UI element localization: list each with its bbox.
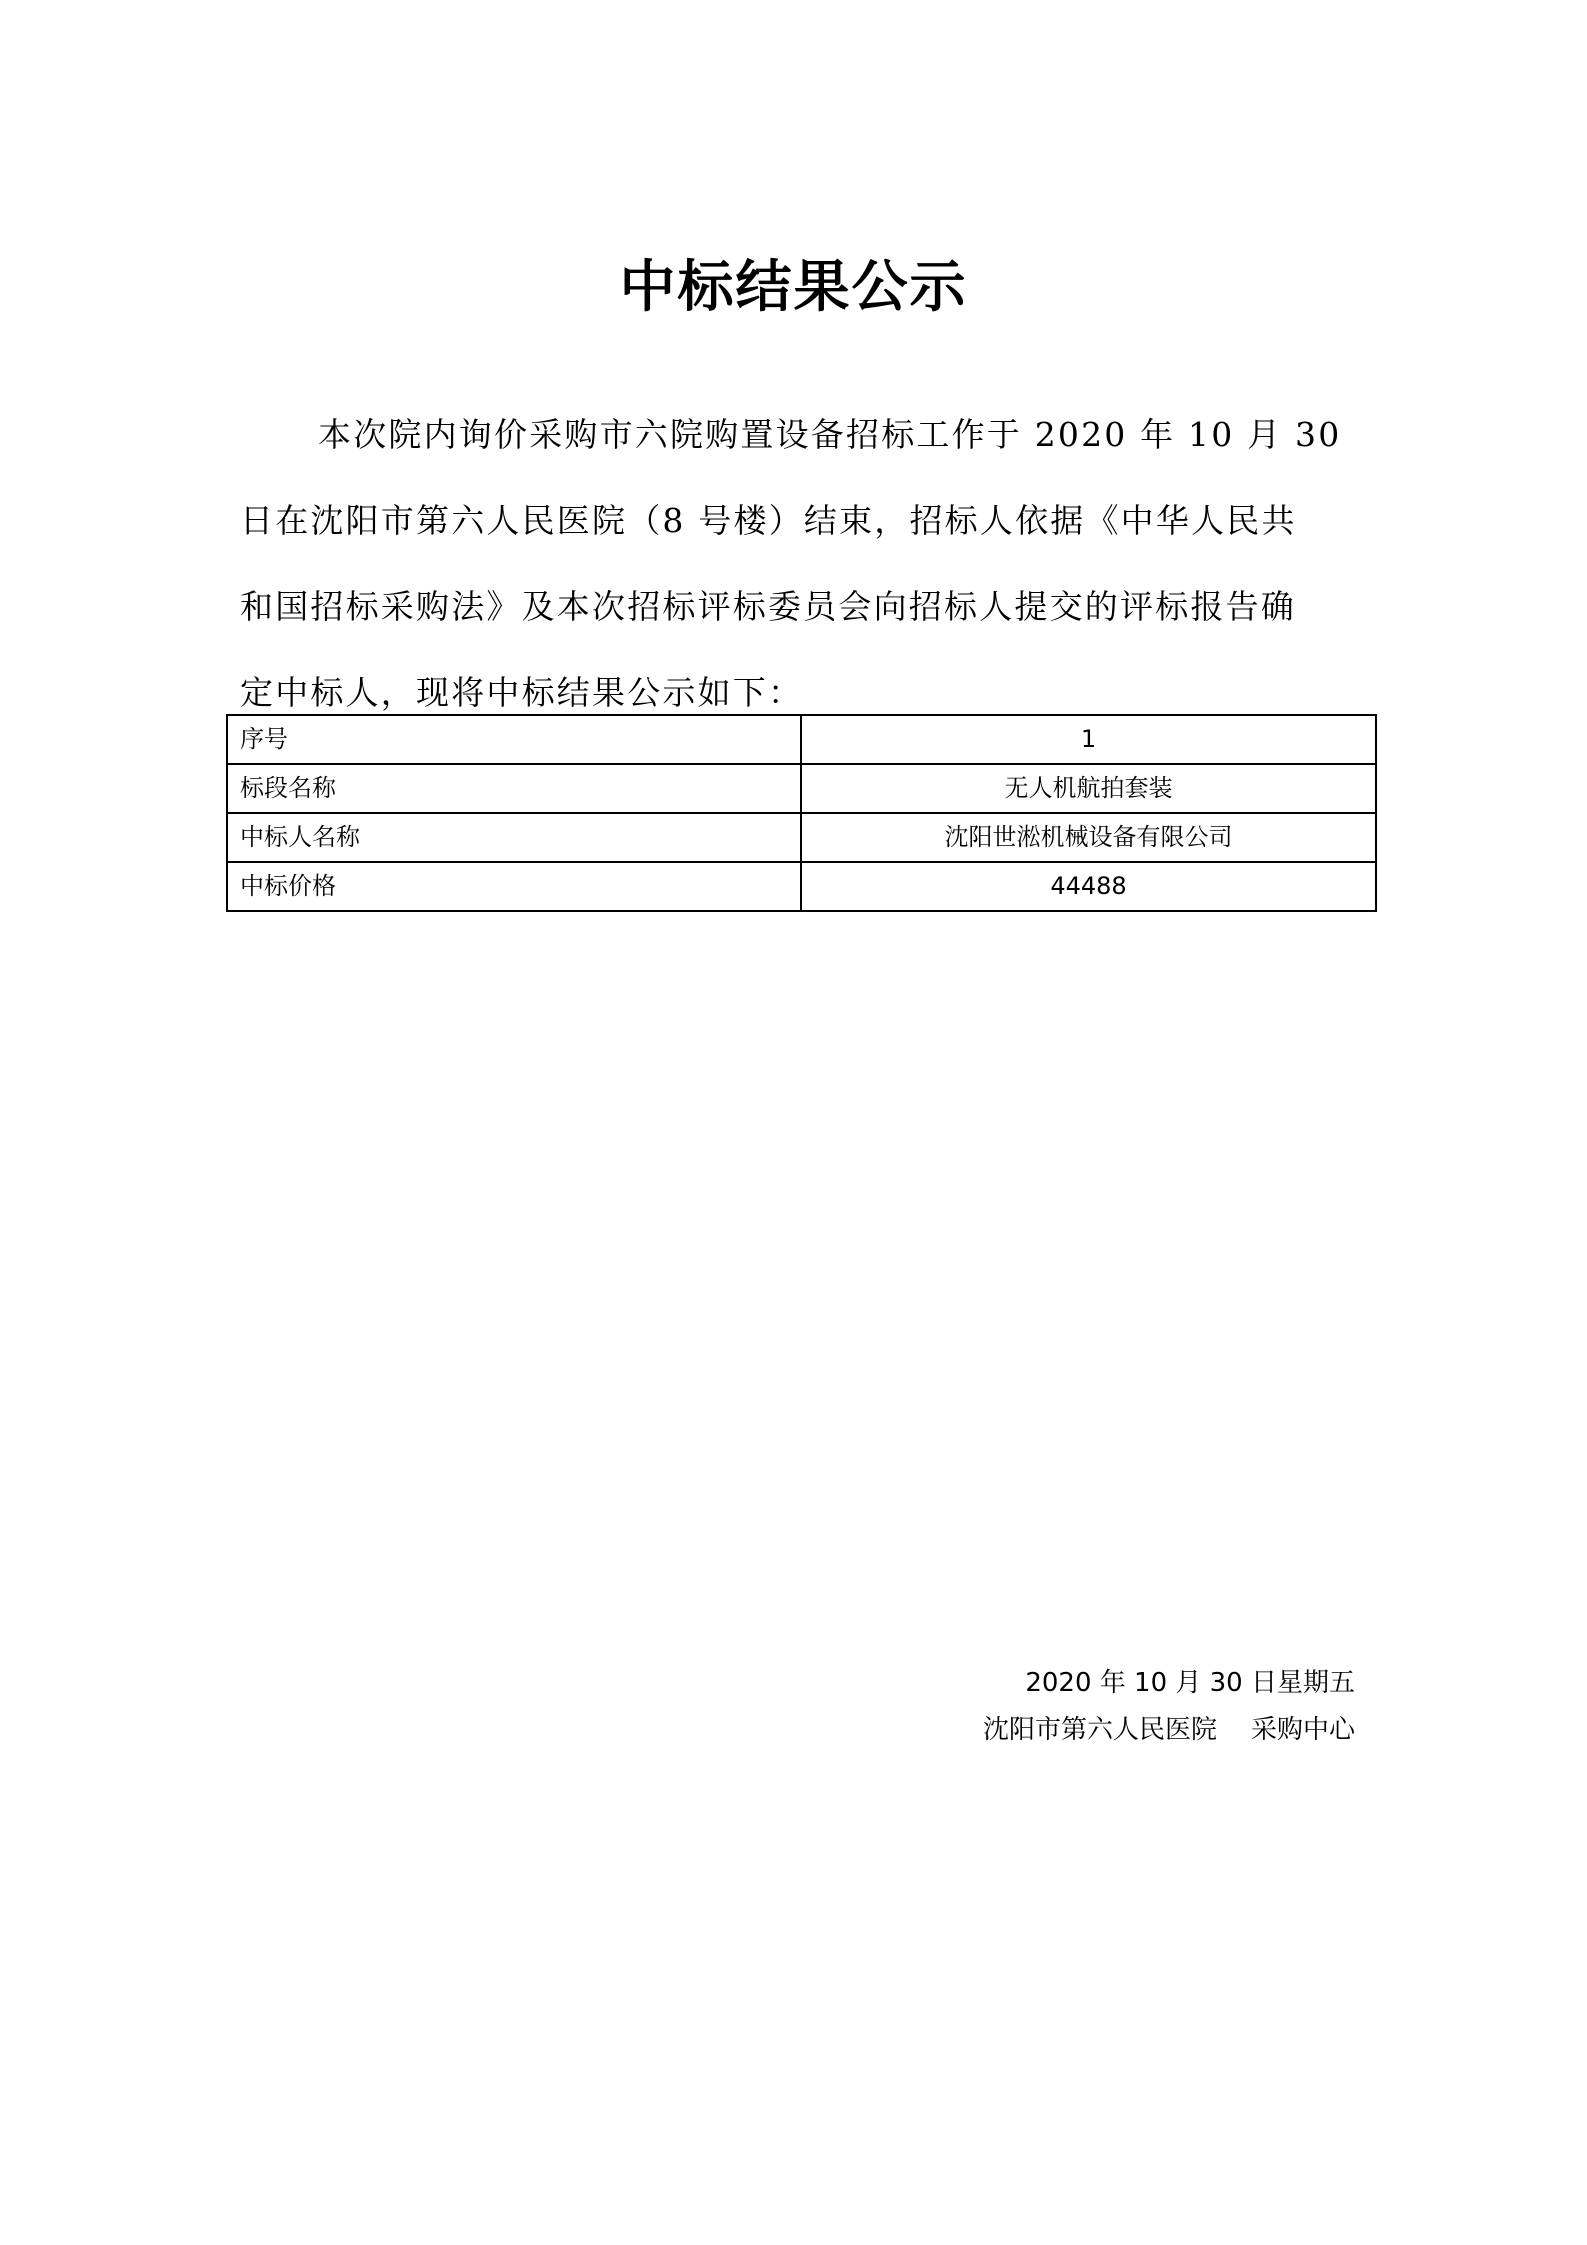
row-value-lot-name: 无人机航拍套装 bbox=[801, 764, 1376, 813]
row-value-serial-number: 1 bbox=[801, 715, 1376, 764]
table-row: 序号 1 bbox=[227, 715, 1376, 764]
signature-organization-line: 沈阳市第六人民医院采购中心 bbox=[983, 1707, 1355, 1754]
table-row: 中标价格 44488 bbox=[227, 862, 1376, 911]
row-label-lot-name: 标段名称 bbox=[227, 764, 801, 813]
row-label-serial-number: 序号 bbox=[227, 715, 801, 764]
signature-date: 2020 年 10 月 30 日星期五 bbox=[983, 1660, 1355, 1707]
bid-result-table: 序号 1 标段名称 无人机航拍套装 中标人名称 沈阳世淞机械设备有限公司 中标价… bbox=[226, 714, 1377, 912]
paragraph-line: 日在沈阳市第六人民医院（8 号楼）结束，招标人依据《中华人民共 bbox=[240, 478, 1356, 564]
row-label-winning-price: 中标价格 bbox=[227, 862, 801, 911]
row-value-winning-bidder: 沈阳世淞机械设备有限公司 bbox=[801, 813, 1376, 862]
row-value-winning-price: 44488 bbox=[801, 862, 1376, 911]
page-title: 中标结果公示 bbox=[0, 250, 1587, 326]
signature-organization: 沈阳市第六人民医院 bbox=[983, 1715, 1217, 1745]
row-label-winning-bidder: 中标人名称 bbox=[227, 813, 801, 862]
paragraph-line: 本次院内询价采购市六院购置设备招标工作于 2020 年 10 月 30 bbox=[240, 392, 1356, 478]
paragraph-line: 和国招标采购法》及本次招标评标委员会向招标人提交的评标报告确 bbox=[240, 564, 1356, 650]
announcement-paragraph: 本次院内询价采购市六院购置设备招标工作于 2020 年 10 月 30 日在沈阳… bbox=[240, 392, 1356, 736]
table-row: 中标人名称 沈阳世淞机械设备有限公司 bbox=[227, 813, 1376, 862]
signature-block: 2020 年 10 月 30 日星期五 沈阳市第六人民医院采购中心 bbox=[983, 1660, 1355, 1754]
table-row: 标段名称 无人机航拍套装 bbox=[227, 764, 1376, 813]
document-page: 中标结果公示 本次院内询价采购市六院购置设备招标工作于 2020 年 10 月 … bbox=[0, 0, 1587, 2245]
signature-department: 采购中心 bbox=[1251, 1715, 1355, 1745]
